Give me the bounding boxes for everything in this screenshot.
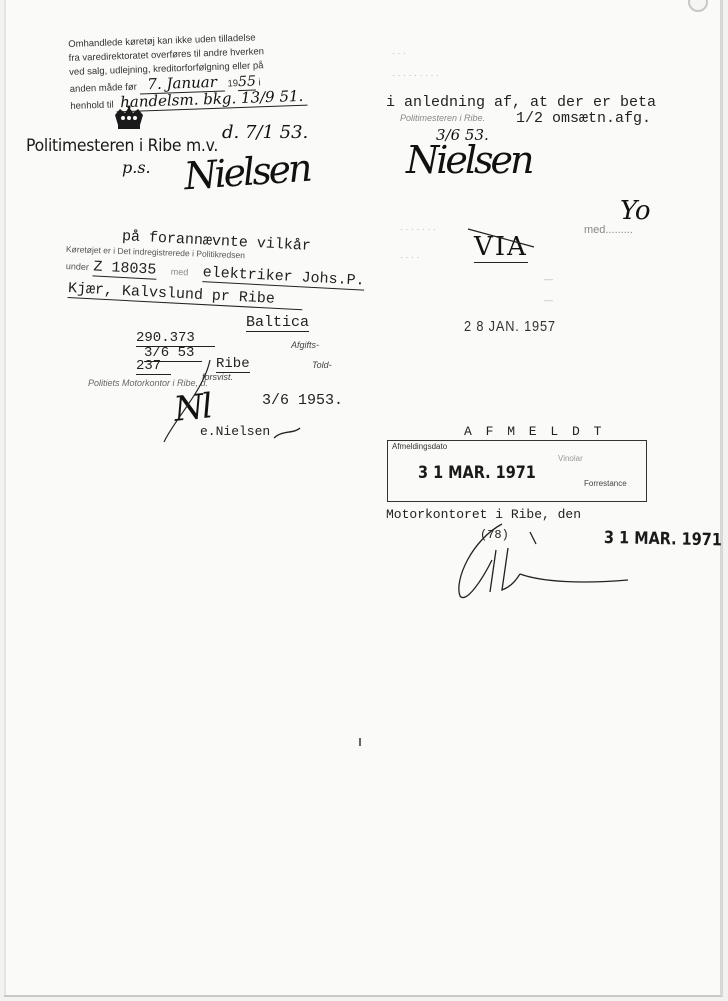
authority-initials: p.s.	[122, 158, 151, 177]
authority-date: d. 7/1 53.	[222, 122, 308, 143]
faint-print-line: · · ·	[392, 48, 406, 58]
registration-number: Z 18035	[93, 258, 157, 279]
date-stamp-1957: 2 8 JAN. 1957	[464, 318, 556, 335]
box-label: Afmeldingsdato	[392, 442, 447, 451]
deregistered-heading: A F M E L D T	[464, 424, 604, 439]
faint-print-line: · · · · · · ·	[400, 224, 436, 234]
box-field-1: Vinolar	[558, 454, 583, 463]
speck	[359, 738, 361, 746]
notice-block: Omhandlede køretøj kan ikke uden tillade…	[68, 30, 308, 114]
right-signature: Nielsen	[406, 138, 532, 182]
deregistration-stamp-box: Afmeldingsdato 3 1 MAR. 1971 Vinolar For…	[387, 440, 647, 502]
faint-print-line: · · · ·	[400, 252, 420, 262]
authority-signature: Nielsen	[183, 146, 311, 199]
stamp-prefix: Politimesteren i Ribe.	[400, 113, 485, 123]
faint-print-line: —	[544, 295, 553, 305]
handwritten-mark: Yo	[620, 196, 651, 226]
document-page: Omhandlede køretøj kan ikke uden tillade…	[4, 0, 723, 997]
strike-stroke	[464, 225, 544, 255]
box-date: 3 1 MAR. 1971	[418, 463, 536, 483]
customs-label: Told-	[312, 360, 332, 370]
olsen-signature	[452, 520, 642, 605]
faint-print-line: —	[544, 274, 553, 284]
faint-print-line: · · · · · · · · ·	[392, 70, 439, 80]
typed-line-1: i anledning af, at der er beta	[386, 94, 656, 111]
hole-punch	[688, 0, 708, 12]
box-field-2: Forrestance	[584, 479, 627, 488]
typed-line-2: 1/2 omsætn.afg.	[516, 110, 651, 127]
crown-icon	[112, 105, 146, 136]
owner-line1: elektriker Johs.P.	[202, 264, 365, 290]
signature-stroke	[154, 330, 314, 450]
